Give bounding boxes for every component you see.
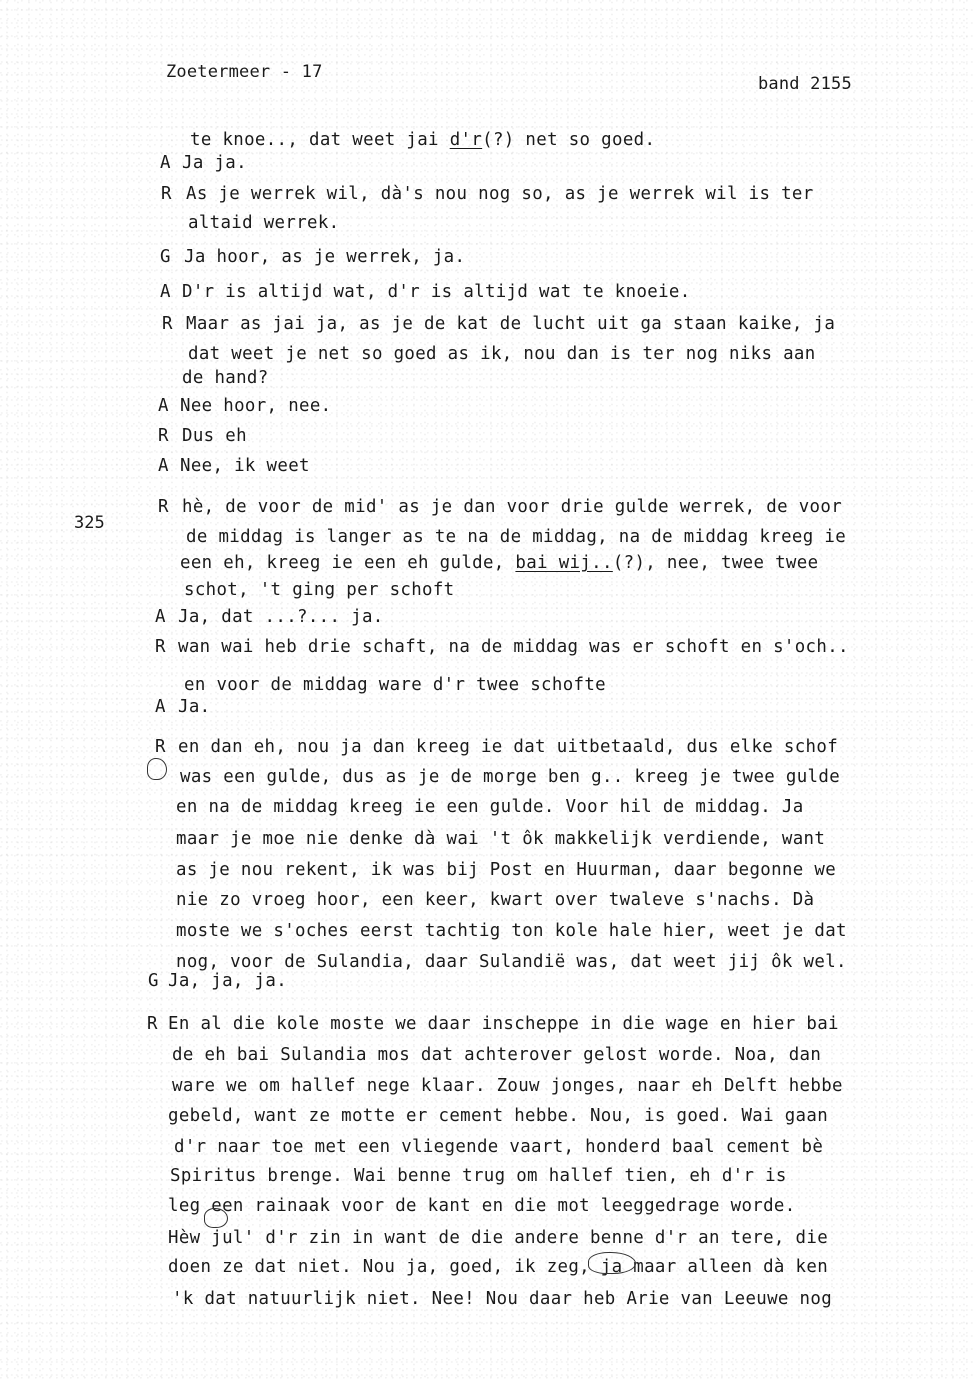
transcript-line: Ja, ja, ja. bbox=[168, 971, 287, 991]
transcript-line: de hand? bbox=[182, 368, 269, 388]
document-title: Zoetermeer - 17 bbox=[166, 62, 323, 82]
transcript-line: hè, de voor de mid' as je dan voor drie … bbox=[182, 497, 842, 517]
transcript-line: nog, voor de Sulandia, daar Sulandië was… bbox=[176, 952, 847, 972]
transcript-line: as je nou rekent, ik was bij Post en Huu… bbox=[176, 860, 836, 880]
handwritten-mark bbox=[588, 1252, 636, 1274]
transcript-line: te knoe.., dat weet jai d'r(?) net so go… bbox=[190, 130, 655, 150]
transcript-line: en na de middag kreeg ie een gulde. Voor… bbox=[176, 797, 804, 817]
transcript-line: moste we s'oches eerst tachtig ton kole … bbox=[176, 921, 847, 941]
speaker-label: G bbox=[148, 971, 158, 991]
speaker-label: R bbox=[147, 1014, 157, 1034]
speaker-label: A bbox=[155, 607, 165, 627]
transcript-line: Ja. bbox=[178, 697, 210, 717]
speaker-label: A bbox=[158, 396, 168, 416]
speaker-label: R bbox=[161, 184, 171, 204]
speaker-label: R bbox=[158, 426, 168, 446]
speaker-label: A bbox=[158, 456, 168, 476]
transcript-line: een eh, kreeg ie een eh gulde, bai wij..… bbox=[180, 553, 818, 573]
margin-counter: 325 bbox=[74, 513, 105, 533]
speaker-label: A bbox=[160, 153, 170, 173]
transcript-line: Nee, ik weet bbox=[180, 456, 310, 476]
uncertain-word: d'r bbox=[450, 130, 482, 150]
transcript-line: Maar as jai ja, as je de kat de lucht ui… bbox=[186, 314, 835, 334]
margin-scribble bbox=[147, 758, 167, 780]
transcript-line: gebeld, want ze motte er cement hebbe. N… bbox=[168, 1106, 828, 1126]
transcript-line: Hèw jul' d'r zin in want de die andere b… bbox=[168, 1228, 828, 1248]
transcript-line: nie zo vroeg hoor, een keer, kwart over … bbox=[176, 890, 814, 910]
transcript-line: Spiritus brenge. Wai benne trug om halle… bbox=[170, 1166, 787, 1186]
transcript-line: de eh bai Sulandia mos dat achterover ge… bbox=[172, 1045, 821, 1065]
handwritten-mark bbox=[204, 1208, 228, 1228]
transcript-line: En al die kole moste we daar inscheppe i… bbox=[168, 1014, 839, 1034]
transcript-line: altaid werrek. bbox=[188, 213, 339, 233]
speaker-label: R bbox=[162, 314, 172, 334]
transcript-line: wan wai heb drie schaft, na de middag wa… bbox=[178, 637, 849, 657]
transcript-line: ware we om hallef nege klaar. Zouw jonge… bbox=[172, 1076, 843, 1096]
speaker-label: G bbox=[160, 247, 170, 267]
uncertain-word: bai wij.. bbox=[515, 553, 612, 573]
transcript-line: Ja, dat ...?... ja. bbox=[178, 607, 384, 627]
transcript-line: dat weet je net so goed as ik, nou dan i… bbox=[188, 344, 816, 364]
transcript-line: D'r is altijd wat, d'r is altijd wat te … bbox=[182, 282, 691, 302]
speaker-label: R bbox=[155, 637, 165, 657]
transcript-line: schot, 't ging per schoft bbox=[184, 580, 455, 600]
transcript-line: Dus eh bbox=[182, 426, 247, 446]
speaker-label: R bbox=[155, 737, 165, 757]
transcript-line: doen ze dat niet. Nou ja, goed, ik zeg, … bbox=[168, 1257, 828, 1277]
transcript-line: maar je moe nie denke dà wai 't ôk makke… bbox=[176, 829, 825, 849]
transcript-line: Nee hoor, nee. bbox=[180, 396, 331, 416]
speaker-label: A bbox=[160, 282, 170, 302]
tape-number: band 2155 bbox=[758, 74, 852, 94]
speaker-label: R bbox=[158, 497, 168, 517]
transcript-line: As je werrek wil, dà's nou nog so, as je… bbox=[186, 184, 814, 204]
speaker-label: A bbox=[155, 697, 165, 717]
transcript-line: de middag is langer as te na de middag, … bbox=[186, 527, 846, 547]
transcript-line: en voor de middag ware d'r twee schofte bbox=[184, 675, 606, 695]
transcript-line: en dan eh, nou ja dan kreeg ie dat uitbe… bbox=[178, 737, 838, 757]
document-page: Zoetermeer - 17 band 2155 325 te knoe..,… bbox=[0, 0, 973, 1380]
transcript-line: was een gulde, dus as je de morge ben g.… bbox=[180, 767, 840, 787]
transcript-line: 'k dat natuurlijk niet. Nee! Nou daar he… bbox=[172, 1289, 832, 1309]
transcript-line: Ja hoor, as je werrek, ja. bbox=[184, 247, 465, 267]
transcript-line: Ja ja. bbox=[182, 153, 247, 173]
transcript-line: leg een rainaak voor de kant en die mot … bbox=[168, 1196, 796, 1216]
transcript-line: d'r naar toe met een vliegende vaart, ho… bbox=[174, 1137, 823, 1157]
